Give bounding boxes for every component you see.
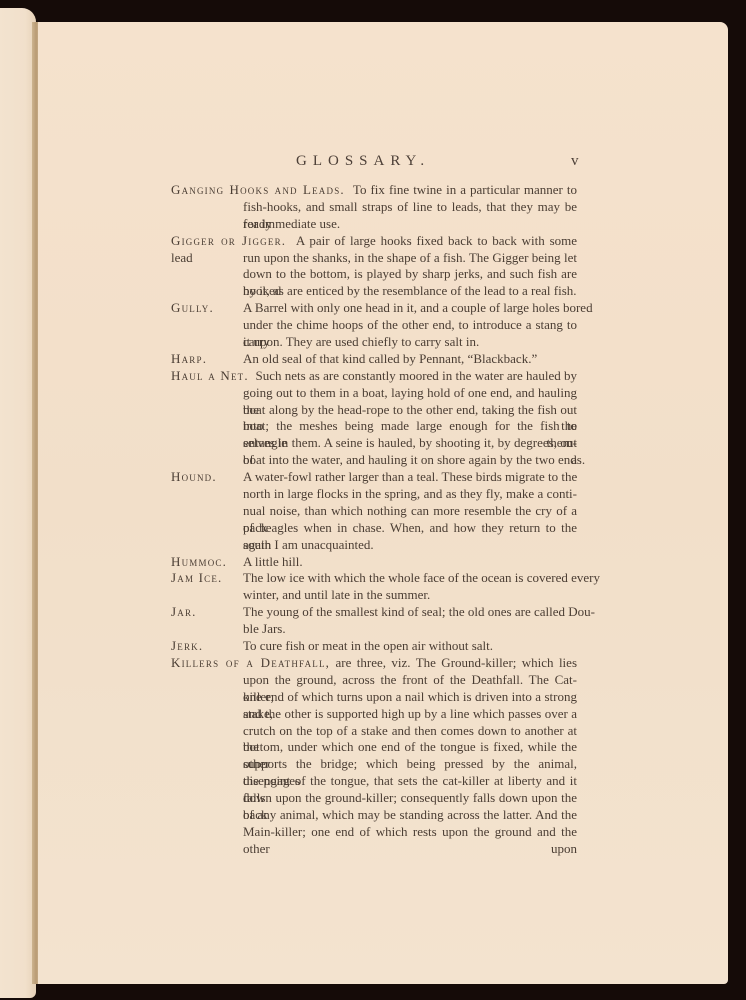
- definition-line: The low ice with which the whole face of…: [243, 570, 600, 585]
- glossary-entry: Gigger or Jigger. A pair of large hooks …: [171, 233, 577, 301]
- definition-line: A little hill.: [243, 554, 303, 569]
- definition-line: To fix fine twine in a particular manner…: [353, 182, 577, 197]
- definition-line: ble Jars.: [171, 621, 577, 638]
- definition-line: down to the bottom, is played by sharp j…: [171, 266, 577, 283]
- glossary-term: Hummoc.: [171, 554, 243, 571]
- glossary-term: Killers of a Deathfall,: [171, 655, 330, 670]
- glossary-entry: Jam Ice.The low ice with which the whole…: [171, 570, 577, 604]
- glossary-entry: Haul a Net. Such nets as are constantly …: [171, 368, 577, 469]
- definition-line: winter, and until late in the summer.: [171, 587, 577, 604]
- definition-line: crutch on the top of a stake and then co…: [171, 723, 577, 740]
- definition-line: Such nets as are constantly moored in th…: [255, 368, 577, 383]
- definition-line: fish-hooks, and small straps of line to …: [171, 199, 577, 216]
- definition-line: Main-killer; one end of which rests upon…: [171, 824, 577, 841]
- catchword: upon: [171, 841, 577, 858]
- glossary-term: Jam Ice.: [171, 570, 243, 587]
- definition-line: again I am unacquainted.: [171, 537, 577, 554]
- definition-line: run upon the shanks, in the shape of a f…: [171, 250, 577, 267]
- definition-line: one end of which turns upon a nail which…: [171, 689, 577, 706]
- glossary-entry: Gully.A Barrel with only one head in it,…: [171, 300, 577, 351]
- running-title: GLOSSARY.: [296, 153, 430, 170]
- definition-line: it upon. They are used chiefly to carry …: [171, 334, 577, 351]
- glossary-term: Hound.: [171, 469, 243, 486]
- definition-line: north in large flocks in the spring, and…: [171, 486, 577, 503]
- glossary-entry: Hummoc.A little hill.: [171, 554, 577, 571]
- definition-line: bottom, under which one end of the tongu…: [171, 739, 577, 756]
- definition-line: To cure fish or meat in the open air wit…: [243, 638, 493, 653]
- glossary-entry: Jerk.To cure fish or meat in the open ai…: [171, 638, 577, 655]
- glossary-entry: Ganging Hooks and Leads. To fix fine twi…: [171, 182, 577, 233]
- definition-line: boat along by the head-rope to the other…: [171, 402, 577, 419]
- glossary-entry: Killers of a Deathfall, are three, viz. …: [171, 655, 577, 841]
- glossary-term: Ganging Hooks and Leads.: [171, 182, 345, 197]
- definition-line: of any animal, which may be standing acr…: [171, 807, 577, 824]
- glossary-term: Jar.: [171, 604, 243, 621]
- definition-line: A water-fowl rather larger than a teal. …: [243, 469, 577, 484]
- definition-line: down upon the ground-killer; consequentl…: [171, 790, 577, 807]
- definition-line: of beagles when in chase. When, and how …: [171, 520, 577, 537]
- definition-line: under the chime hoops of the other end, …: [171, 317, 577, 334]
- definition-line: by it, as are enticed by the resemblance…: [171, 283, 577, 300]
- glossary-term: Harp.: [171, 351, 243, 368]
- definition-line: upon the ground, across the front of the…: [171, 672, 577, 689]
- definition-line: boat into the water, and hauling it on s…: [171, 452, 577, 469]
- definition-line: The young of the smallest kind of seal; …: [243, 604, 595, 619]
- facing-page-edge: [0, 8, 36, 998]
- definition-line: A Barrel with only one head in it, and a…: [243, 300, 593, 315]
- glossary-term: Gully.: [171, 300, 243, 317]
- glossary-term: Jerk.: [171, 638, 243, 655]
- definition-line: going out to them in a boat, laying hold…: [171, 385, 577, 402]
- definition-line: and the other is supported high up by a …: [171, 706, 577, 723]
- glossary-entry: Jar.The young of the smallest kind of se…: [171, 604, 577, 638]
- definition-line: boat; the meshes being made large enough…: [171, 418, 577, 435]
- page-number: v: [571, 153, 579, 170]
- glossary-term: Haul a Net.: [171, 368, 249, 383]
- definition-line: An old seal of that kind called by Penna…: [243, 351, 537, 366]
- definition-line: the point of the tongue, that sets the c…: [171, 773, 577, 790]
- glossary-text: Ganging Hooks and Leads. To fix fine twi…: [171, 182, 577, 858]
- glossary-entry: Hound.A water-fowl rather larger than a …: [171, 469, 577, 553]
- definition-line: for immediate use.: [171, 216, 577, 233]
- definition-line: supports the bridge; which being pressed…: [171, 756, 577, 773]
- glossary-entry: Harp.An old seal of that kind called by …: [171, 351, 577, 368]
- definition-line: nual noise, than which nothing can more …: [171, 503, 577, 520]
- definition-line: selves in them. A seine is hauled, by sh…: [171, 435, 577, 452]
- definition-line: are three, viz. The Ground-killer; which…: [336, 655, 577, 670]
- glossary-term: Gigger or Jigger.: [171, 233, 286, 248]
- book-page: GLOSSARY. v Ganging Hooks and Leads. To …: [38, 22, 728, 984]
